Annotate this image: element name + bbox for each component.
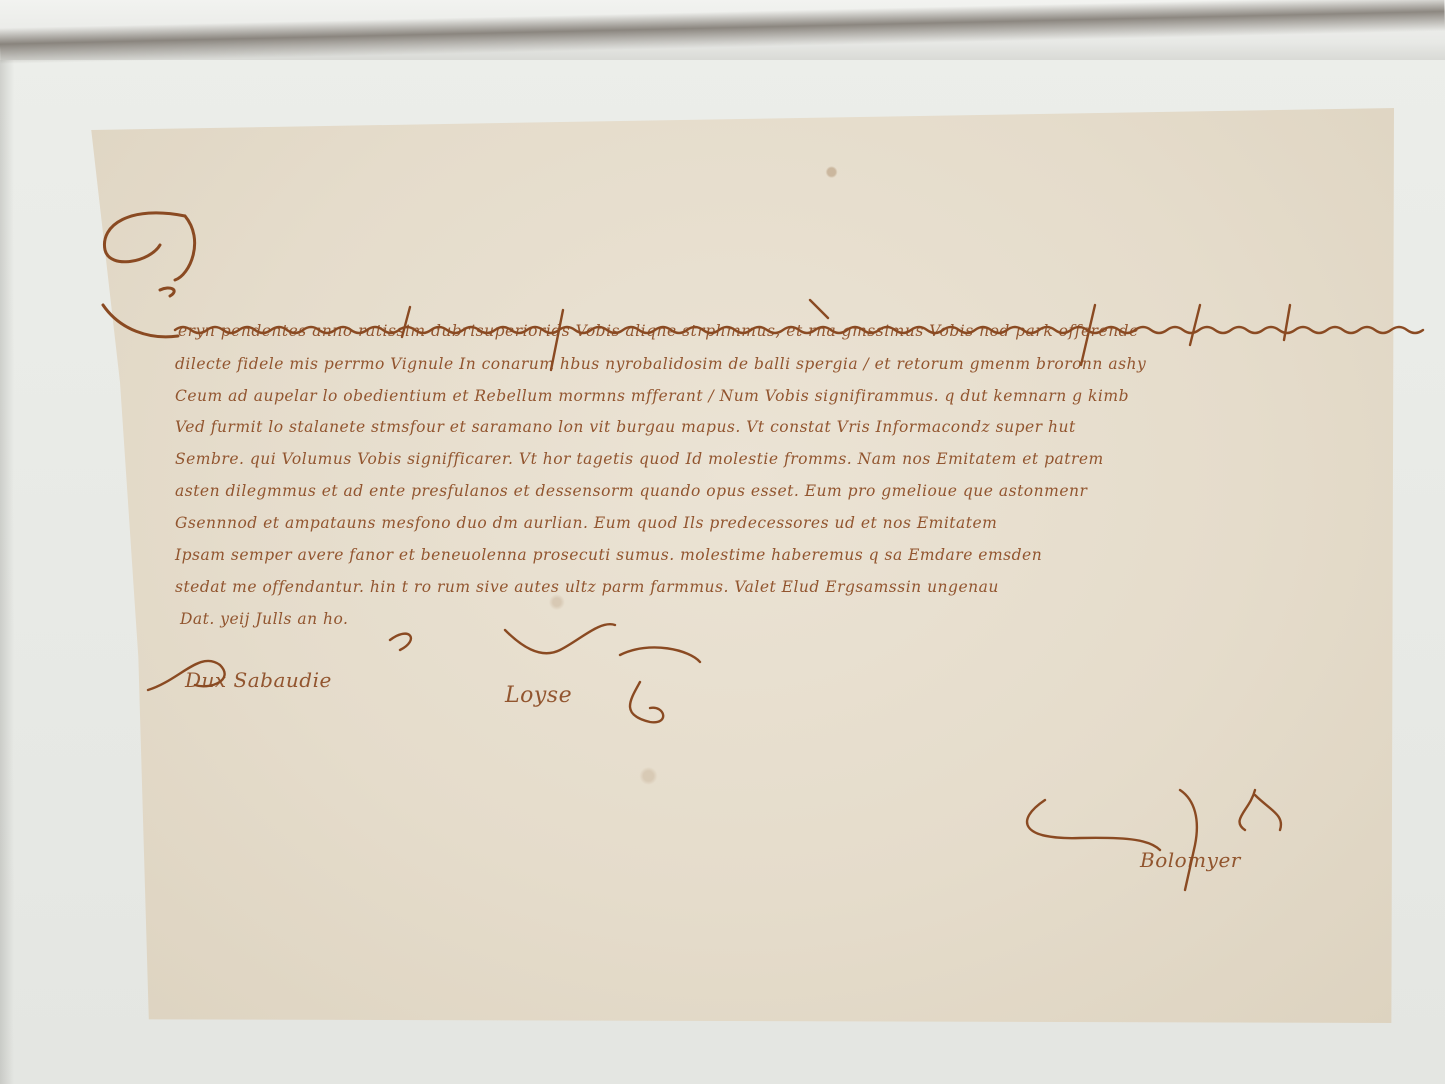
manuscript-handwriting: [0, 0, 1445, 1084]
initial-letter-flourish: [103, 213, 195, 337]
manuscript-line-4: Ved furmit lo stalanete stmsfour et sara…: [175, 418, 1076, 436]
manuscript-line-2: dilecte fidele mis perrmo Vignule In con…: [175, 355, 1146, 373]
manuscript-line-5: Sembre. qui Volumus Vobis signifficarer.…: [175, 450, 1104, 468]
signature-flourish: [1027, 790, 1281, 890]
manuscript-line-7: Gsennnod et ampatauns mesfono duo dm aur…: [175, 514, 997, 532]
manuscript-line-3: Ceum ad aupelar lo obedientium et Rebell…: [175, 387, 1129, 405]
manuscript-line-1: eryn pendentes anno ratissim dubrisuperi…: [178, 322, 1139, 340]
signature-left: Loyse: [505, 683, 572, 708]
manuscript-line-10: Dat. yeij Julls an ho.: [180, 610, 348, 628]
manuscript-line-9: stedat me offendantur. hin t ro rum sive…: [175, 578, 999, 596]
manuscript-line-6: asten dilegmmus et ad ente presfulanos e…: [175, 482, 1087, 500]
subscription-left: Dux Sabaudie: [185, 668, 332, 692]
signature-right: Bolomyer: [1140, 848, 1241, 872]
manuscript-line-8: Ipsam semper avere fanor et beneuolenna …: [175, 546, 1042, 564]
